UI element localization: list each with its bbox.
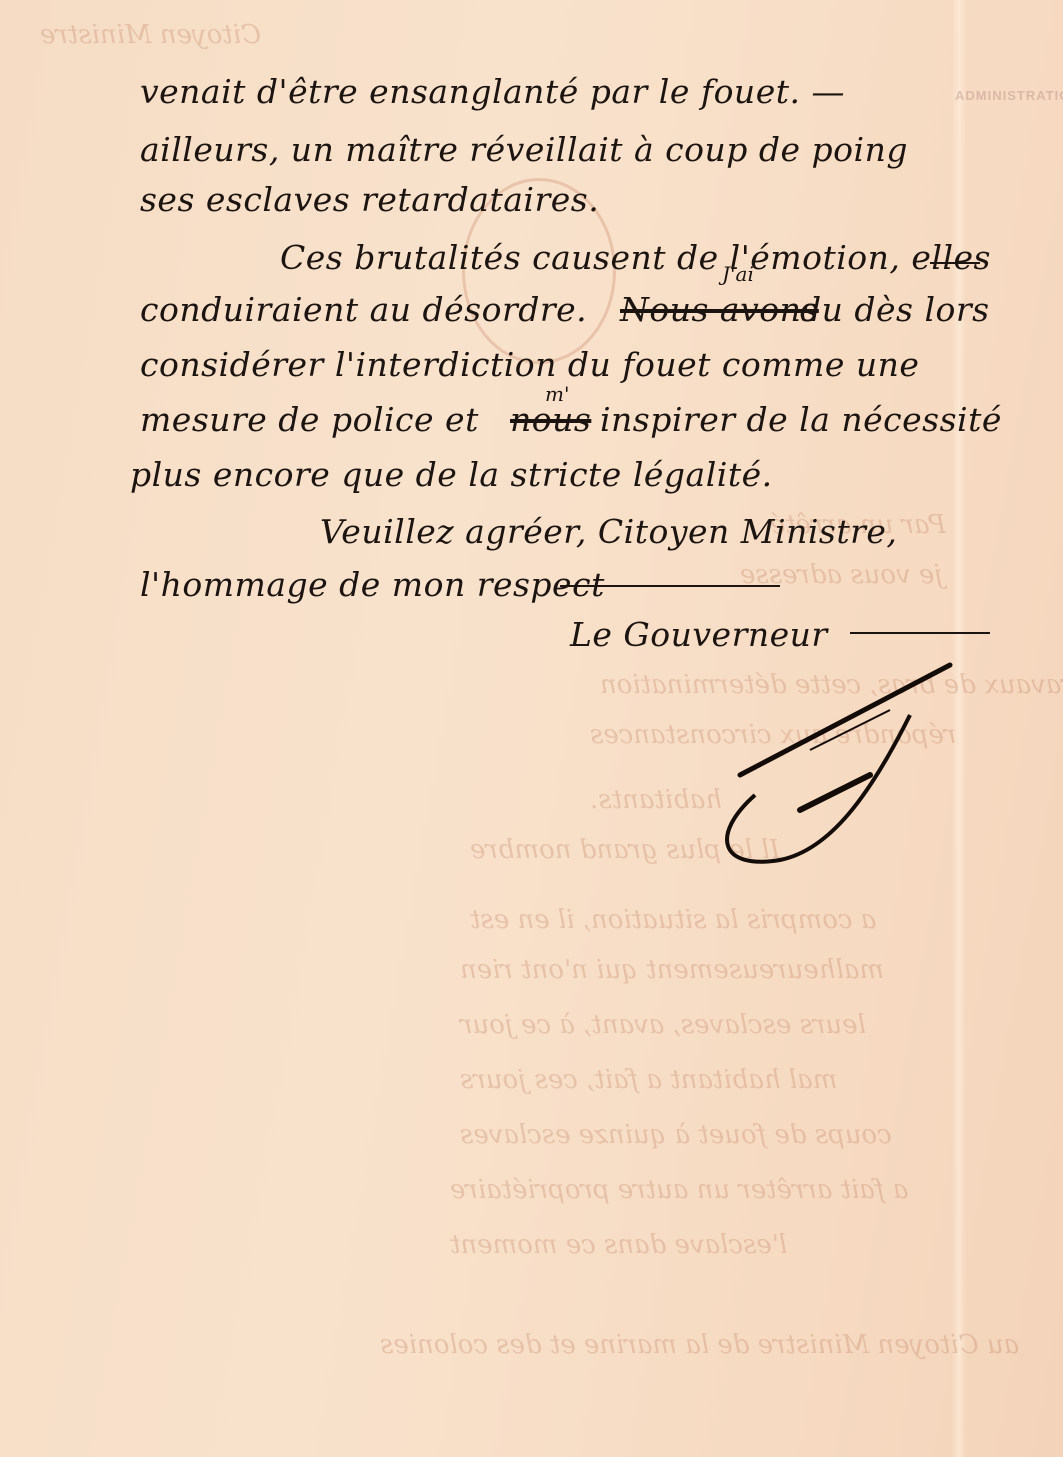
text-line: considérer l'interdiction du fouet comme… bbox=[140, 345, 919, 384]
line-end-rule bbox=[560, 585, 780, 587]
bleed-through-text: a fait arrêter un autre propriétaire bbox=[450, 1175, 908, 1205]
bleed-through-text: mal habitant a fait, ces jours bbox=[460, 1065, 837, 1095]
text-line: ailleurs, un maître réveillait à coup de… bbox=[140, 130, 908, 169]
manuscript-page: ADMINISTRATION Citoyen Ministre Par un a… bbox=[0, 0, 1063, 1457]
insertion-text: m' bbox=[545, 382, 569, 406]
bleed-through-text: au Citoyen Ministre de la marine et des … bbox=[380, 1330, 1019, 1360]
struck-text: Nous avons bbox=[620, 290, 819, 329]
text-line: venait d'être ensanglanté par le fouet. … bbox=[140, 72, 845, 111]
text-line: mesure de police et bbox=[140, 400, 479, 439]
line-end-rule bbox=[930, 262, 980, 264]
bleed-through-text: leurs esclaves, avant, à ce jour bbox=[460, 1010, 866, 1040]
governor-signature bbox=[710, 655, 970, 875]
insertion-text: J'ai bbox=[722, 262, 754, 286]
bleed-through-text: coups de fouet à quinze esclaves bbox=[460, 1120, 892, 1150]
signature-flourish-icon bbox=[710, 655, 970, 875]
text-line: du dès lors bbox=[800, 290, 990, 329]
bleed-through-text: Citoyen Ministre bbox=[40, 20, 261, 50]
text-line: Ces brutalités causent de l'émotion, ell… bbox=[280, 238, 991, 277]
bleed-through-text: a compris la situation, il en est bbox=[470, 905, 876, 935]
text-line: ses esclaves retardataires. bbox=[140, 180, 599, 219]
text-line: l'hommage de mon respect bbox=[140, 565, 605, 604]
stamp-text: ADMINISTRATION bbox=[955, 88, 1063, 103]
text-line: conduiraient au désordre. bbox=[140, 290, 587, 329]
text-line: plus encore que de la stricte légalité. bbox=[130, 455, 773, 494]
line-end-rule bbox=[850, 632, 990, 634]
bleed-through-text: l'esclave dans ce moment bbox=[450, 1230, 787, 1260]
closing-title: Le Gouverneur bbox=[570, 615, 828, 654]
bleed-through-text: malheureusement qui n'ont rien bbox=[460, 955, 884, 985]
text-line: Veuillez agréer, Citoyen Ministre, bbox=[320, 512, 897, 551]
bleed-through-text: habitants. bbox=[590, 785, 722, 815]
text-line: inspirer de la nécessité bbox=[600, 400, 1002, 439]
